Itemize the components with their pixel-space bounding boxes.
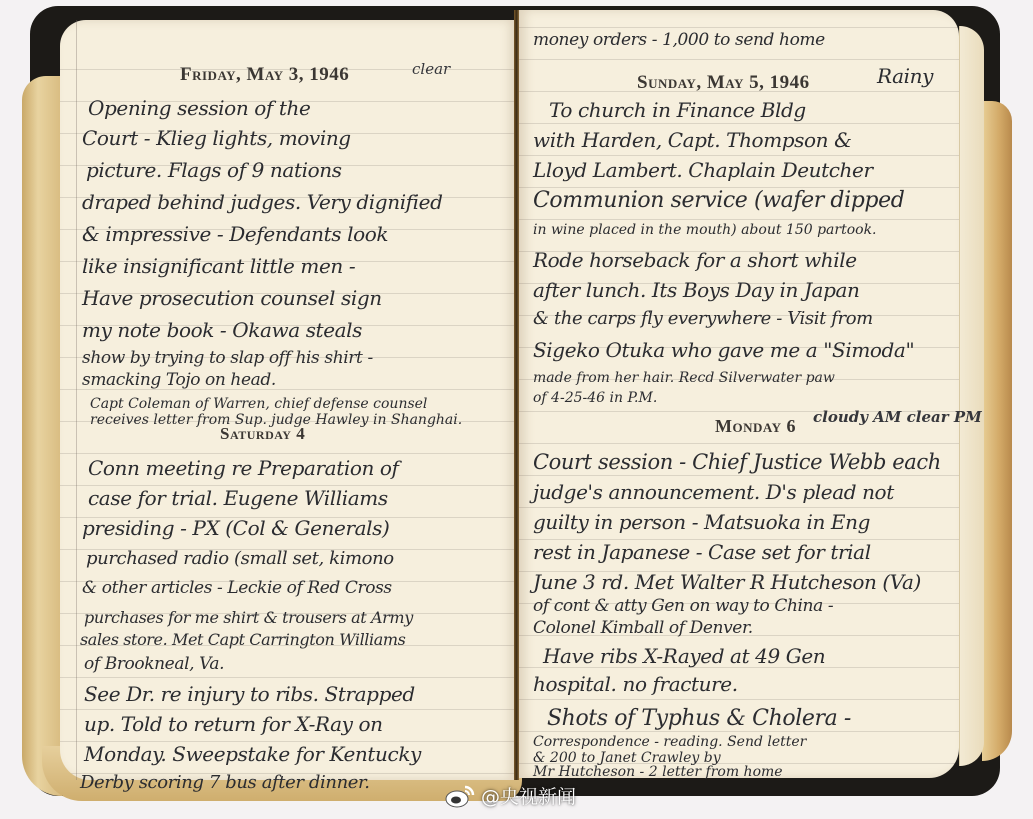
date-header-sunday: Sunday, May 5, 1946 <box>637 72 810 94</box>
entry-line: guilty in person - Matsuoka in Eng <box>533 510 870 534</box>
entry-line: show by trying to slap off his shirt - <box>82 348 373 368</box>
entry-line: June 3 rd. Met Walter R Hutcheson (Va) <box>533 570 921 594</box>
entry-line: Lloyd Lambert. Chaplain Deutcher <box>533 158 873 182</box>
weather-note: clear <box>412 60 450 78</box>
page-stack-right <box>959 26 984 766</box>
entry-line: smacking Tojo on head. <box>82 370 276 390</box>
entry-line: Colonel Kimball of Denver. <box>533 618 753 638</box>
entry-line: Mr Hutcheson - 2 letter from home <box>533 764 783 780</box>
entry-line: See Dr. re injury to ribs. Strapped <box>84 682 415 706</box>
weibo-logo-icon <box>445 783 475 809</box>
entry-line: To church in Finance Bldg <box>549 98 806 122</box>
margin-line <box>76 20 77 780</box>
watermark-text: @央视新闻 <box>481 782 576 809</box>
entry-line: Sigeko Otuka who gave me a "Simoda" <box>533 338 914 362</box>
entry-line: Monday. Sweepstake for Kentucky <box>84 742 421 766</box>
date-header-saturday: Saturday 4 <box>220 424 305 444</box>
entry-line: rest in Japanese - Case set for trial <box>533 540 871 564</box>
entry-line: my note book - Okawa steals <box>82 318 362 342</box>
entry-line: purchased radio (small set, kimono <box>86 548 394 569</box>
right-page: money orders - 1,000 to send home Sunday… <box>519 10 959 778</box>
entry-line: Conn meeting re Preparation of <box>88 456 399 480</box>
entry-line: judge's announcement. D's plead not <box>533 480 894 504</box>
entry-line: Communion service (wafer dipped <box>533 188 904 213</box>
entry-line: Court session - Chief Justice Webb each <box>533 450 941 474</box>
page-edges-right <box>982 101 1012 761</box>
date-header-friday: Friday, May 3, 1946 <box>180 64 349 86</box>
weather-note: cloudy AM clear PM <box>813 408 982 426</box>
entry-line: of 4-25-46 in P.M. <box>533 390 657 406</box>
entry-line: up. Told to return for X-Ray on <box>84 712 383 736</box>
date-header-monday: Monday 6 <box>715 416 796 437</box>
weibo-watermark: @央视新闻 <box>445 782 576 809</box>
entry-line: picture. Flags of 9 nations <box>86 158 342 182</box>
entry-line: Have prosecution counsel sign <box>82 286 382 310</box>
entry-line: hospital. no fracture. <box>533 672 738 696</box>
entry-line: Shots of Typhus & Cholera - <box>547 706 851 731</box>
entry-line: after lunch. Its Boys Day in Japan <box>533 278 860 302</box>
entry-line: purchases for me shirt & trousers at Arm… <box>84 608 413 627</box>
entry-line: with Harden, Capt. Thompson & <box>533 128 852 152</box>
entry-line: Rode horseback for a short while <box>533 248 857 272</box>
weather-note: Rainy <box>877 64 933 88</box>
entry-line: Court - Klieg lights, moving <box>82 126 351 150</box>
entry-line: Opening session of the <box>88 96 310 120</box>
entry-line: Correspondence - reading. Send letter <box>533 734 806 750</box>
entry-line: of cont & atty Gen on way to China - <box>533 596 833 616</box>
entry-line: like insignificant little men - <box>82 254 355 278</box>
entry-line: case for trial. Eugene Williams <box>88 486 388 510</box>
entry-line: presiding - PX (Col & Generals) <box>82 516 389 540</box>
entry-line: Have ribs X-Rayed at 49 Gen <box>543 644 825 668</box>
open-diary: Friday, May 3, 1946 clear Opening sessio… <box>22 6 1012 806</box>
entry-line: Derby scoring 7 bus after dinner. <box>80 772 370 793</box>
entry-line: & impressive - Defendants look <box>82 222 388 246</box>
entry-line: of Brookneal, Va. <box>84 654 224 674</box>
entry-line: & the carps fly everywhere - Visit from <box>533 308 873 329</box>
entry-line: Capt Coleman of Warren, chief defense co… <box>90 396 427 412</box>
entry-line: draped behind judges. Very dignified <box>82 190 443 214</box>
entry-line: made from her hair. Recd Silverwater paw <box>533 370 835 386</box>
entry-line: sales store. Met Capt Carrington William… <box>80 630 405 649</box>
entry-line: in wine placed in the mouth) about 150 p… <box>533 222 877 238</box>
entry-line: & other articles - Leckie of Red Cross <box>82 578 392 598</box>
carryover-line: money orders - 1,000 to send home <box>533 30 825 50</box>
left-page: Friday, May 3, 1946 clear Opening sessio… <box>60 20 516 780</box>
page-edges-left <box>22 76 62 796</box>
